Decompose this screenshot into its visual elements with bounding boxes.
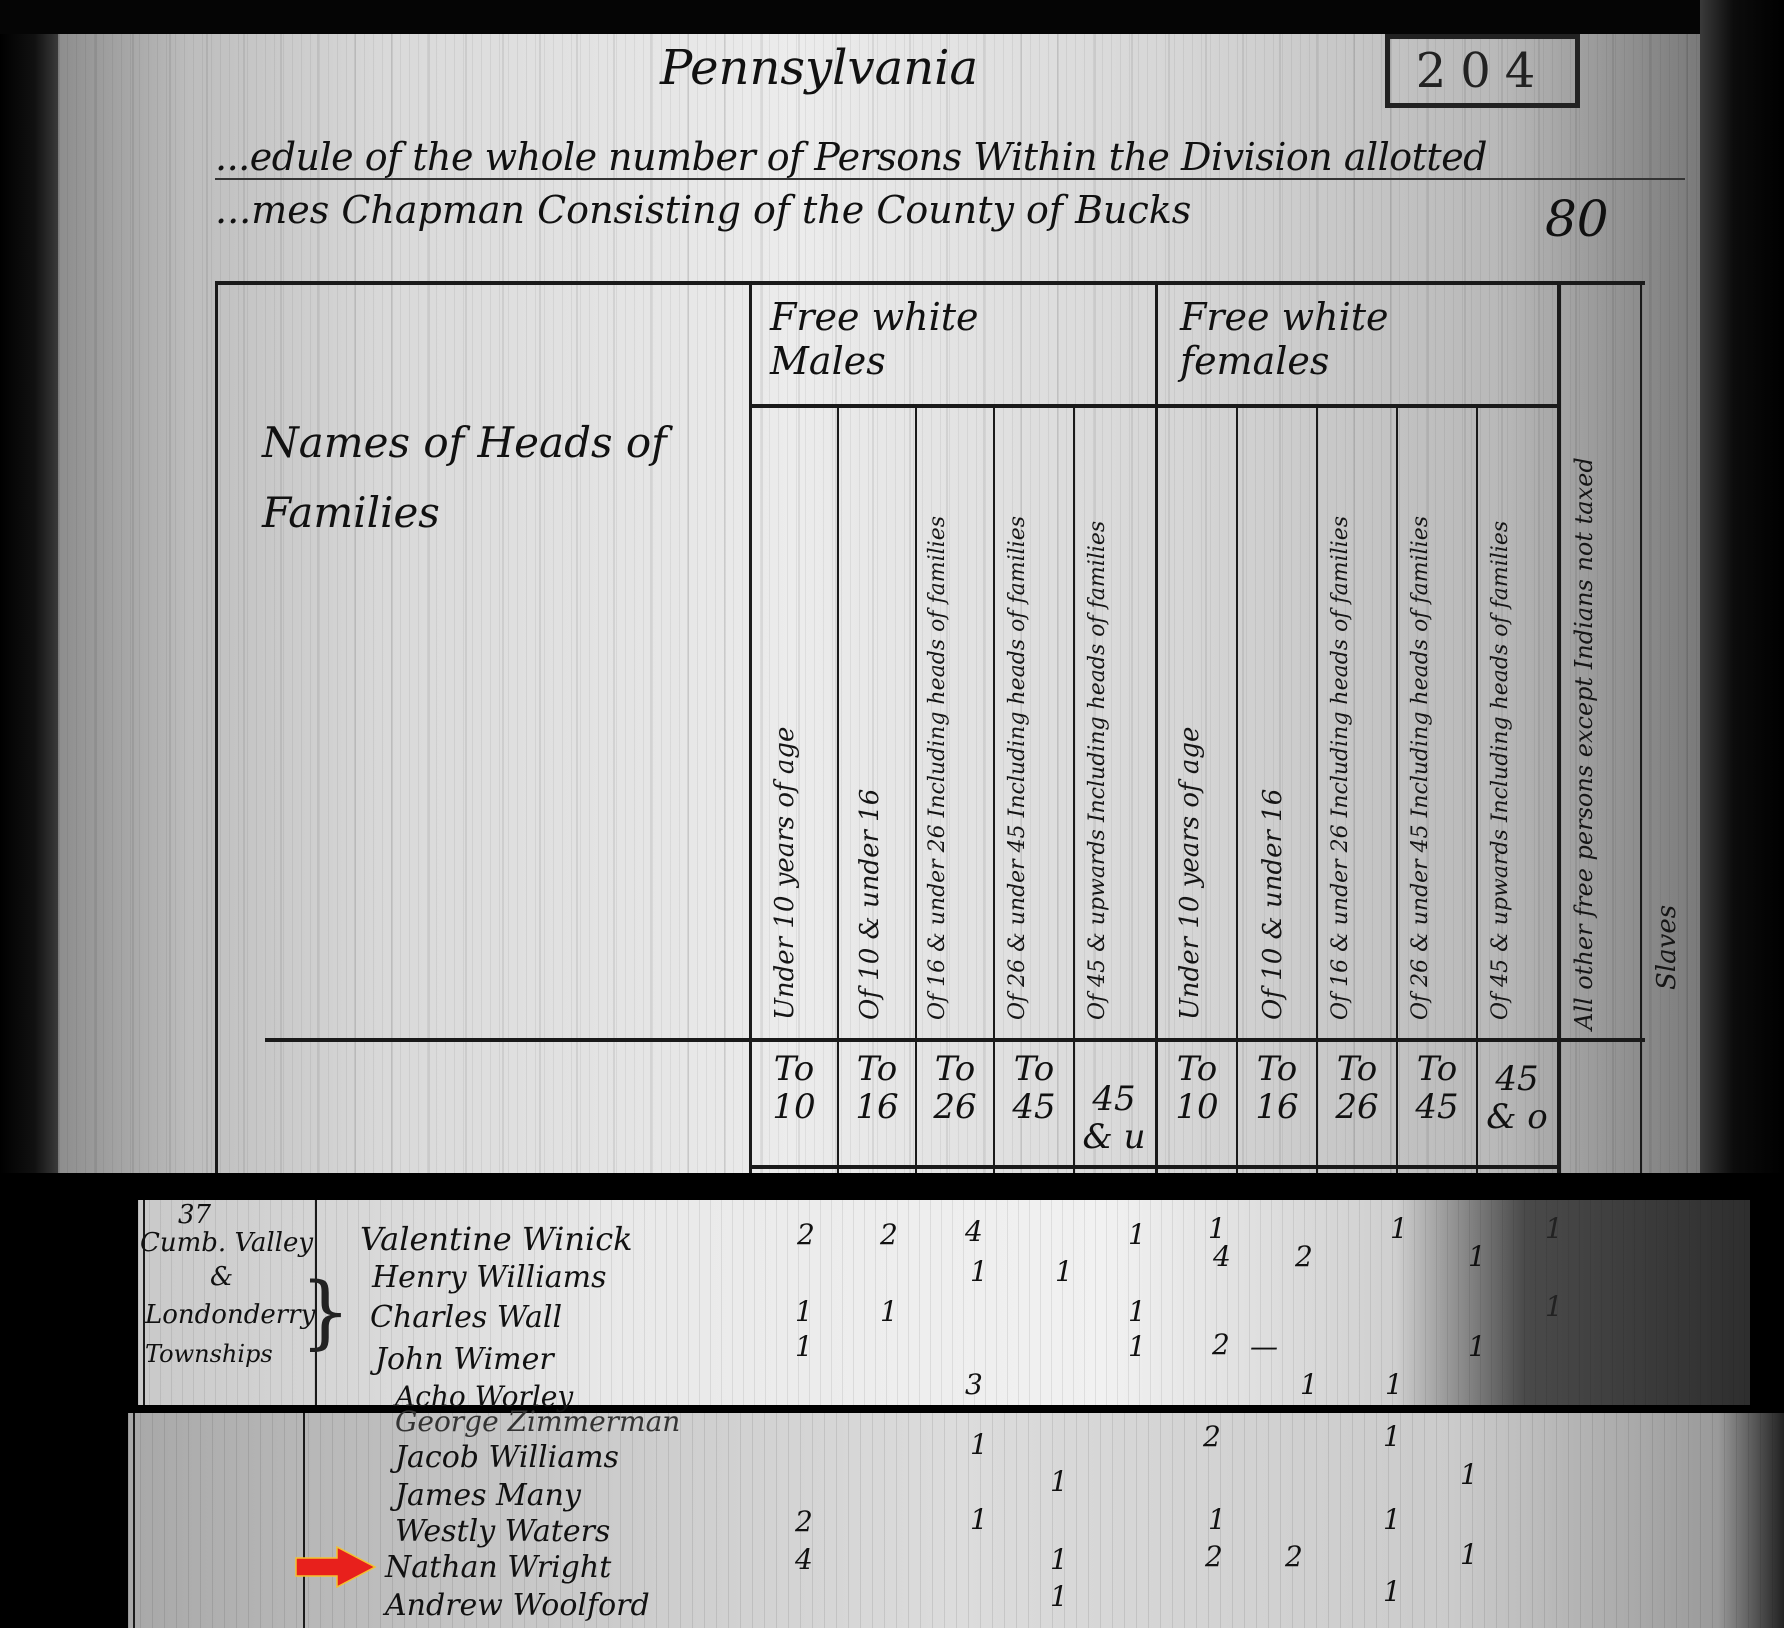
column-label: Of 10 & under 16 xyxy=(855,620,885,1020)
range-bottom: 45 xyxy=(995,1088,1073,1126)
column-label: Under 10 years of age xyxy=(770,520,800,1020)
top-shadow xyxy=(0,0,1784,34)
tally: 1 xyxy=(970,1428,988,1461)
tally: 1 xyxy=(1050,1465,1068,1498)
tally: 1 xyxy=(1050,1580,1068,1613)
head-of-family-name: John Wimer xyxy=(375,1342,554,1377)
tally: 2 xyxy=(880,1218,898,1251)
tally: 2 xyxy=(1205,1540,1223,1573)
tally: 3 xyxy=(965,1368,983,1401)
range-bottom: 10 xyxy=(755,1088,833,1126)
tally: 1 xyxy=(1383,1575,1401,1608)
age-range: To26 xyxy=(1318,1050,1396,1126)
tally: 1 xyxy=(880,1295,898,1328)
tally: 1 xyxy=(1385,1368,1403,1401)
tally: 2 xyxy=(795,1505,813,1538)
head-of-family-name: Andrew Woolford xyxy=(385,1588,650,1623)
group-divider xyxy=(1155,281,1158,1173)
tally: 4 xyxy=(1213,1240,1231,1273)
range-bottom: & o xyxy=(1478,1098,1556,1136)
census-rows-scan-2 xyxy=(128,1413,1784,1628)
age-range: To16 xyxy=(838,1050,916,1126)
tally: 2 xyxy=(1285,1540,1303,1573)
tally: 1 xyxy=(795,1295,813,1328)
range-top: 45 xyxy=(1075,1080,1153,1118)
title-line-1: ...edule of the whole number of Persons … xyxy=(215,135,1487,179)
tally: 1 xyxy=(1390,1212,1408,1245)
township-mark: 37 xyxy=(178,1200,211,1230)
tally: 1 xyxy=(1545,1212,1563,1245)
column-label: Of 16 & under 26 Including heads of fami… xyxy=(925,440,981,1020)
range-top: To xyxy=(1158,1050,1236,1088)
age-range: 45& o xyxy=(1478,1060,1556,1136)
head-of-family-name: Charles Wall xyxy=(370,1300,562,1335)
state-heading: Pennsylvania xyxy=(660,40,978,96)
column-label: Under 10 years of age xyxy=(1175,520,1205,1020)
tally: — xyxy=(1250,1330,1278,1363)
tally: 4 xyxy=(795,1543,813,1576)
column-label: Of 26 & under 45 Including heads of fami… xyxy=(1005,440,1061,1020)
tally: 2 xyxy=(1212,1328,1230,1361)
range-top: To xyxy=(1398,1050,1476,1088)
township-label-line2: & xyxy=(210,1262,233,1292)
column-divider xyxy=(1476,404,1478,1173)
head-of-family-name-highlighted: Nathan Wright xyxy=(385,1550,611,1585)
range-top: To xyxy=(995,1050,1073,1088)
head-of-family-name: Henry Williams xyxy=(372,1260,606,1295)
highlight-arrow-icon xyxy=(295,1546,377,1588)
head-of-family-name: Westly Waters xyxy=(395,1514,610,1549)
page-stamp: 204 xyxy=(1385,34,1580,108)
range-bottom: 10 xyxy=(1158,1088,1236,1126)
age-range: To45 xyxy=(995,1050,1073,1126)
column-label: All other free persons except Indians no… xyxy=(1570,285,1626,1030)
tally: 1 xyxy=(970,1255,988,1288)
head-of-family-name: James Many xyxy=(395,1478,581,1513)
column-label: Of 10 & under 16 xyxy=(1258,620,1288,1020)
range-top: 45 xyxy=(1478,1060,1556,1098)
range-bottom: 26 xyxy=(916,1088,994,1126)
age-range: 45& u xyxy=(1075,1080,1153,1156)
males-group-header: Free white Males xyxy=(770,295,1010,383)
strip2-left-rule xyxy=(133,1413,135,1628)
column-label: Of 26 & under 45 Including heads of fami… xyxy=(1408,440,1464,1020)
age-range: To16 xyxy=(1238,1050,1316,1126)
tally: 1 xyxy=(1545,1290,1563,1323)
title-line-2: ...mes Chapman Consisting of the County … xyxy=(215,188,1191,232)
tally: 1 xyxy=(1128,1295,1146,1328)
tally: 1 xyxy=(1128,1218,1146,1251)
females-group-header: Free white females xyxy=(1180,295,1420,383)
column-label: Of 45 & upwards Including heads of famil… xyxy=(1085,440,1141,1020)
range-bottom: & u xyxy=(1075,1118,1153,1156)
column-label: Slaves xyxy=(1652,790,1682,990)
column-divider xyxy=(1640,281,1642,1173)
township-label-line1: Cumb. Valley xyxy=(140,1228,313,1258)
tally: 2 xyxy=(797,1218,815,1251)
tally: 1 xyxy=(1208,1503,1226,1536)
tally: 1 xyxy=(1300,1368,1318,1401)
range-top: To xyxy=(916,1050,994,1088)
column-label: Of 16 & under 26 Including heads of fami… xyxy=(1328,440,1384,1020)
range-top: To xyxy=(755,1050,833,1088)
header-bottom-rule xyxy=(265,1038,1645,1042)
tally: 1 xyxy=(1460,1458,1478,1491)
head-of-family-name: George Zimmerman xyxy=(395,1405,680,1438)
tally: 1 xyxy=(1050,1543,1068,1576)
range-bottom: 16 xyxy=(1238,1088,1316,1126)
tally: 1 xyxy=(1128,1330,1146,1363)
range-bottom: 45 xyxy=(1398,1088,1476,1126)
age-range: To10 xyxy=(1158,1050,1236,1126)
head-of-family-name: Valentine Winick xyxy=(360,1220,633,1258)
column-label: Of 45 & upwards Including heads of famil… xyxy=(1488,440,1544,1020)
township-label-line3: Londonderry xyxy=(145,1300,315,1330)
age-range: To45 xyxy=(1398,1050,1476,1126)
title-underline-1 xyxy=(215,178,1685,180)
sheet-number: 80 xyxy=(1545,190,1609,248)
group-divider xyxy=(1557,281,1561,1173)
range-bottom: 26 xyxy=(1318,1088,1396,1126)
tally: 1 xyxy=(1460,1538,1478,1571)
tally: 1 xyxy=(1383,1420,1401,1453)
range-top: To xyxy=(1318,1050,1396,1088)
column-divider xyxy=(1073,404,1075,1173)
tally: 1 xyxy=(1055,1255,1073,1288)
range-bottom: 16 xyxy=(838,1088,916,1126)
tally: 1 xyxy=(1383,1503,1401,1536)
left-shadow xyxy=(0,0,58,1173)
head-of-family-name: Jacob Williams xyxy=(395,1440,619,1475)
tally: 1 xyxy=(1468,1330,1486,1363)
township-label-line4: Townships xyxy=(145,1340,273,1368)
age-range: To26 xyxy=(916,1050,994,1126)
strip2-township-rule xyxy=(303,1413,305,1628)
tally: 2 xyxy=(1203,1420,1221,1453)
township-brace: } xyxy=(300,1265,351,1358)
tally: 1 xyxy=(1468,1240,1486,1273)
range-top: To xyxy=(1238,1050,1316,1088)
names-header: Names of Heads of Families xyxy=(262,408,702,548)
tally: 1 xyxy=(795,1330,813,1363)
tally: 4 xyxy=(965,1215,983,1248)
tally: 2 xyxy=(1295,1240,1313,1273)
table-left-rule xyxy=(215,281,218,1173)
range-top: To xyxy=(838,1050,916,1088)
tally: 1 xyxy=(970,1503,988,1536)
table-top-rule xyxy=(215,281,1645,285)
right-shadow xyxy=(1700,0,1784,1173)
age-range: To10 xyxy=(755,1050,833,1126)
